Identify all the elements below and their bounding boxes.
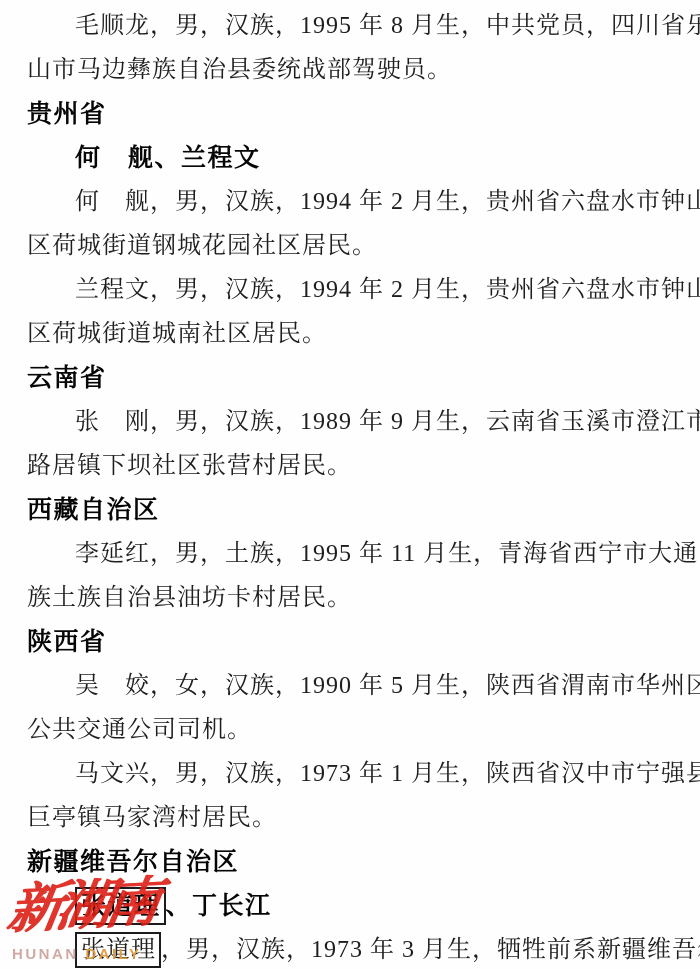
text-segment: 区荷城街道钢城花园社区居民。: [27, 233, 377, 259]
paragraph-line: 族土族自治县油坊卡村居民。: [27, 576, 675, 620]
text-segment: 区荷城街道城南社区居民。: [27, 321, 327, 347]
text-segment: ，男，汉族，1973 年 3 月生，牺牲前系新疆维吾尔: [161, 937, 700, 963]
paragraph-line: 毛顺龙，男，汉族，1995 年 8 月生，中共党员，四川省乐: [27, 4, 675, 48]
text-segment: 贵州省: [27, 100, 107, 128]
text-segment: 云南省: [27, 364, 107, 392]
paragraph-line: 山市马边彝族自治县委统战部驾驶员。: [27, 48, 675, 92]
paragraph-line: 巨亭镇马家湾村居民。: [27, 796, 675, 840]
document-body: 毛顺龙，男，汉族，1995 年 8 月生，中共党员，四川省乐山市马边彝族自治县委…: [27, 4, 675, 969]
paragraph-line: 路居镇下坝社区张营村居民。: [27, 444, 675, 488]
paragraph-line: 张 刚，男，汉族，1989 年 9 月生，云南省玉溪市澄江市: [27, 400, 675, 444]
text-segment: 、丁长江: [166, 892, 272, 920]
paragraph-line: 吴 姣，女，汉族，1990 年 5 月生，陕西省渭南市华州区: [27, 664, 675, 708]
paragraph-line: 区荷城街道城南社区居民。: [27, 312, 675, 356]
paragraph-line: 兰程文，男，汉族，1994 年 2 月生，贵州省六盘水市钟山: [27, 268, 675, 312]
text-segment: 西藏自治区: [27, 496, 160, 524]
boxed-name: 张道理: [75, 887, 166, 925]
boxed-name: 张道理: [75, 932, 161, 968]
text-segment: 族土族自治县油坊卡村居民。: [27, 585, 352, 611]
paragraph-line: 何 舰，男，汉族，1994 年 2 月生，贵州省六盘水市钟山: [27, 180, 675, 224]
heading-line: 贵州省: [27, 92, 675, 136]
paragraph-line: 区荷城街道钢城花园社区居民。: [27, 224, 675, 268]
text-segment: 马文兴，男，汉族，1973 年 1 月生，陕西省汉中市宁强县: [75, 761, 700, 787]
text-segment: 陕西省: [27, 628, 107, 656]
paragraph-line: 公共交通公司司机。: [27, 708, 675, 752]
heading-line: 西藏自治区: [27, 488, 675, 532]
text-segment: 路居镇下坝社区张营村居民。: [27, 453, 352, 479]
text-segment: 新疆维吾尔自治区: [27, 848, 239, 876]
text-segment: 兰程文，男，汉族，1994 年 2 月生，贵州省六盘水市钟山: [75, 277, 700, 303]
document-page: 毛顺龙，男，汉族，1995 年 8 月生，中共党员，四川省乐山市马边彝族自治县委…: [0, 0, 700, 969]
subheading-line: 何 舰、兰程文: [27, 136, 675, 180]
paragraph-line: 李延红，男，土族，1995 年 11 月生，青海省西宁市大通回: [27, 532, 675, 576]
heading-line: 陕西省: [27, 620, 675, 664]
paragraph-line: 张道理，男，汉族，1973 年 3 月生，牺牲前系新疆维吾尔: [27, 928, 675, 969]
text-segment: 山市马边彝族自治县委统战部驾驶员。: [27, 57, 452, 83]
heading-line: 新疆维吾尔自治区: [27, 840, 675, 884]
subheading-line: 张道理、丁长江: [27, 884, 675, 928]
paragraph-line: 马文兴，男，汉族，1973 年 1 月生，陕西省汉中市宁强县: [27, 752, 675, 796]
text-segment: 毛顺龙，男，汉族，1995 年 8 月生，中共党员，四川省乐: [75, 13, 700, 39]
text-segment: 何 舰、兰程文: [75, 144, 261, 172]
heading-line: 云南省: [27, 356, 675, 400]
text-segment: 吴 姣，女，汉族，1990 年 5 月生，陕西省渭南市华州区: [75, 673, 700, 699]
text-segment: 张 刚，男，汉族，1989 年 9 月生，云南省玉溪市澄江市: [75, 409, 700, 435]
text-segment: 李延红，男，土族，1995 年 11 月生，青海省西宁市大通回: [75, 541, 700, 567]
text-segment: 公共交通公司司机。: [27, 717, 252, 743]
text-segment: 巨亭镇马家湾村居民。: [27, 805, 277, 831]
text-segment: 何 舰，男，汉族，1994 年 2 月生，贵州省六盘水市钟山: [75, 189, 700, 215]
